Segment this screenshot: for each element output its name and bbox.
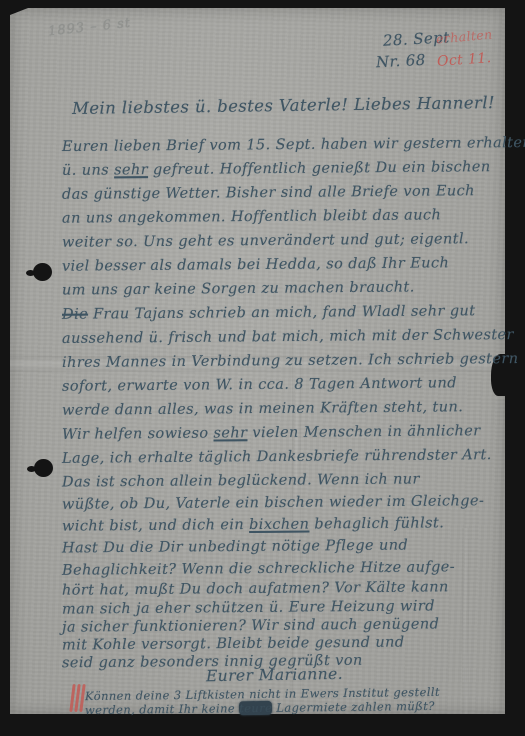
vertical-crease-right (462, 528, 469, 714)
text-segment: hört hat, mußt Du doch aufatmen? Vor Käl… (62, 579, 449, 598)
letter-line: Das ist schon allein beglückend. Wenn ic… (62, 471, 420, 490)
letter-line: weiter so. Uns geht es unverändert und g… (62, 231, 469, 251)
text-segment: sofort, erwarte von W. in cca. 8 Tagen A… (62, 375, 457, 394)
letter-line: wüßte, ob Du, Vaterle ein bischen wieder… (62, 493, 484, 513)
letter-line: ü. uns sehr gefreut. Hoffentlich genießt… (62, 159, 491, 179)
letter-line: ja sicher funktionieren? Wir sind auch g… (62, 616, 439, 635)
red-stroke (79, 684, 85, 712)
text-segment: Frau Tajans schrieb an mich, fand Wladl … (88, 303, 476, 322)
text-segment: ü. uns (62, 162, 114, 178)
text-segment: man sich ja eher schützen ü. Eure Heizun… (62, 598, 435, 617)
letter-line: an uns angekommen. Hoffentlich bleibt da… (62, 207, 441, 226)
letter-line: man sich ja eher schützen ü. Eure Heizun… (62, 598, 435, 617)
letter-line: wicht bist, und dich ein bixchen behagli… (62, 515, 444, 534)
salutation: Mein liebstes ü. bestes Vaterle! Liebes … (72, 93, 495, 118)
red-tally-marks (71, 684, 89, 716)
text-segment: Lagermiete zahlen müßt? (272, 699, 435, 715)
letter-line: aussehend ü. frisch und bat mich, mich m… (62, 327, 514, 347)
letter-line: Lage, ich erhalte täglich Dankesbriefe r… (62, 447, 492, 467)
text-segment: das günstige Wetter. Bisher sind alle Br… (62, 183, 475, 203)
text-segment: weiter so. Uns geht es unverändert und g… (62, 231, 469, 251)
letter-line: werden, damit Ihr keine teure Lagermiete… (85, 699, 435, 717)
letter-line: sofort, erwarte von W. in cca. 8 Tagen A… (62, 375, 457, 394)
text-segment: behaglich fühlst. (309, 515, 444, 532)
letter-paper: 1893 – 6 st 28. Sept Nr. 68 erhalten Oct… (10, 8, 505, 714)
letter-line: mit Kohle versorgt. Bleibt beide gesund … (62, 635, 405, 654)
text-segment: Die (62, 307, 88, 323)
text-segment: gefreut. Hoffentlich genießt Du ein bisc… (148, 159, 491, 178)
letter-line: um uns gar keine Sorgen zu machen brauch… (62, 279, 415, 298)
paper-corner-fold (10, 8, 28, 15)
letter-line: hört hat, mußt Du doch aufatmen? Vor Käl… (62, 579, 449, 598)
letter-line: das günstige Wetter. Bisher sind alle Br… (62, 183, 475, 203)
text-segment: Das ist schon allein beglückend. Wenn ic… (62, 471, 420, 490)
letter-line: Euren lieben Brief vom 15. Sept. haben w… (62, 135, 525, 155)
letter-line: werde dann alles, was in meinen Kräften … (62, 399, 463, 419)
text-segment: Hast Du die Dir unbedingt nötige Pflege … (62, 537, 408, 556)
text-segment: teure (239, 701, 272, 715)
letter-line: Die Frau Tajans schrieb an mich, fand Wl… (62, 303, 476, 323)
text-segment: an uns angekommen. Hoffentlich bleibt da… (62, 207, 441, 226)
text-segment: Euren lieben Brief vom 15. Sept. haben w… (62, 135, 525, 155)
text-segment: mit Kohle versorgt. Bleibt beide gesund … (62, 635, 405, 654)
letter-line: viel besser als damals bei Hedda, so daß… (62, 255, 449, 274)
text-segment: werde dann alles, was in meinen Kräften … (62, 399, 463, 419)
pencil-note: 1893 – 6 st (47, 16, 131, 40)
text-segment: wicht bist, und dich ein (62, 517, 249, 535)
punch-hole-bottom (34, 459, 53, 477)
text-segment: bixchen (249, 517, 309, 534)
text-segment: sehr (114, 162, 148, 178)
text-segment: Behaglichkeit? Wenn die schreckliche Hit… (62, 559, 455, 578)
text-segment: ja sicher funktionieren? Wir sind auch g… (62, 616, 439, 635)
text-segment: Lage, ich erhalte täglich Dankesbriefe r… (62, 447, 492, 467)
text-segment: werden, damit Ihr keine (85, 701, 239, 717)
text-segment: Wir helfen sowieso (62, 426, 214, 443)
letter-line: Behaglichkeit? Wenn die schreckliche Hit… (62, 559, 455, 578)
text-segment: viel besser als damals bei Hedda, so daß… (62, 255, 449, 274)
letter-line: Hast Du die Dir unbedingt nötige Pflege … (62, 537, 408, 556)
text-segment: aussehend ü. frisch und bat mich, mich m… (62, 327, 514, 347)
scanned-letter-page: 1893 – 6 st 28. Sept Nr. 68 erhalten Oct… (0, 0, 525, 736)
text-segment: sehr (213, 425, 247, 441)
text-segment: wüßte, ob Du, Vaterle ein bischen wieder… (62, 493, 484, 513)
letter-number-annotation: Nr. 68 (376, 51, 427, 72)
signature: Eurer Marianne. (206, 665, 343, 685)
text-segment: vielen Menschen in ähnlicher (247, 423, 480, 441)
text-segment: um uns gar keine Sorgen zu machen brauch… (62, 279, 415, 298)
punch-hole-top (33, 263, 52, 281)
received-annotation-date: Oct 11. (437, 50, 492, 70)
letter-line: Wir helfen sowieso sehr vielen Menschen … (62, 423, 481, 443)
